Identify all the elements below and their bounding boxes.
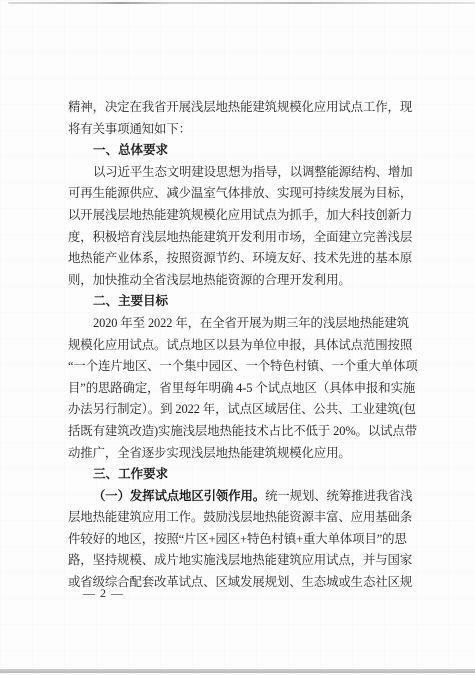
- doc-line: “一个连片地区、一个集中园区、一个特色村镇、一个重大单体项: [68, 356, 414, 378]
- doc-line: 将有关事项通知如下：: [68, 119, 414, 141]
- doc-line: 度，积极培育浅层地热能建筑开发利用市场，全面建立完善浅层: [68, 227, 414, 249]
- doc-line: 动推广，全省逐步实现浅层地热能建筑规模化应用。: [68, 443, 414, 465]
- page-number: — 2 —: [83, 583, 124, 603]
- doc-line: 规模化应用试点。试点地区以县为单位申报，具体试点范围按照: [68, 335, 414, 357]
- doc-line: （一）发挥试点地区引领作用。统一规划、统筹推进我省浅: [68, 486, 414, 508]
- doc-line-rest: 统一规划、统筹推进我省浅: [265, 489, 413, 503]
- doc-line: 以习近平生态文明建设思想为指导，以调整能源结构、增加: [68, 162, 414, 184]
- doc-line: 层地热能建筑应用工作。鼓励浅层地热能资源丰富、应用基础条: [68, 507, 414, 529]
- doc-line: 2020 年至 2022 年，在全省开展为期三年的浅层地热能建筑: [68, 313, 414, 335]
- doc-line: 可再生能源供应、减少温室气体排放、实现可持续发展为目标，: [68, 183, 414, 205]
- doc-line: 办法另行制定）。到 2022 年，试点区域居住、公共、工业建筑(包: [68, 399, 414, 421]
- scan-artifact-bottom-edge: [0, 669, 475, 673]
- document-page: 精神，决定在我省开展浅层地热能建筑规模化应用试点工作，现 将有关事项通知如下： …: [0, 0, 475, 675]
- doc-line: 路，坚持规模、成片地实施浅层地热能建筑应用试点，并与国家: [68, 550, 414, 572]
- doc-line: 目”的思路确定，省里每年明确 4-5 个试点地区（具体申报和实施: [68, 378, 414, 400]
- section-heading-2: 二、主要目标: [68, 291, 414, 313]
- doc-line-bold-lead: （一）发挥试点地区引领作用。: [93, 489, 265, 503]
- document-text-block: 精神，决定在我省开展浅层地热能建筑规模化应用试点工作，现 将有关事项通知如下： …: [68, 97, 414, 594]
- doc-line: 括既有建筑改造)实施浅层地热能技术占比不低于 20%。以试点带: [68, 421, 414, 443]
- doc-line: 则，加快推动全省浅层地热能资源的合理开发利用。: [68, 270, 414, 292]
- section-heading-3: 三、工作要求: [68, 464, 414, 486]
- doc-line: 件较好的地区，按照“片区+园区+特色村镇+重大单体项目”的思: [68, 529, 414, 551]
- section-heading-1: 一、总体要求: [68, 140, 414, 162]
- doc-line: 精神，决定在我省开展浅层地热能建筑规模化应用试点工作，现: [68, 97, 414, 119]
- scan-artifact-top-edge: [8, 2, 475, 4]
- doc-line: 以开展浅层地热能建筑规模化应用试点为抓手，加大科技创新力: [68, 205, 414, 227]
- doc-line: 地热能产业体系，按照资源节约、环境友好、技术先进的基本原: [68, 248, 414, 270]
